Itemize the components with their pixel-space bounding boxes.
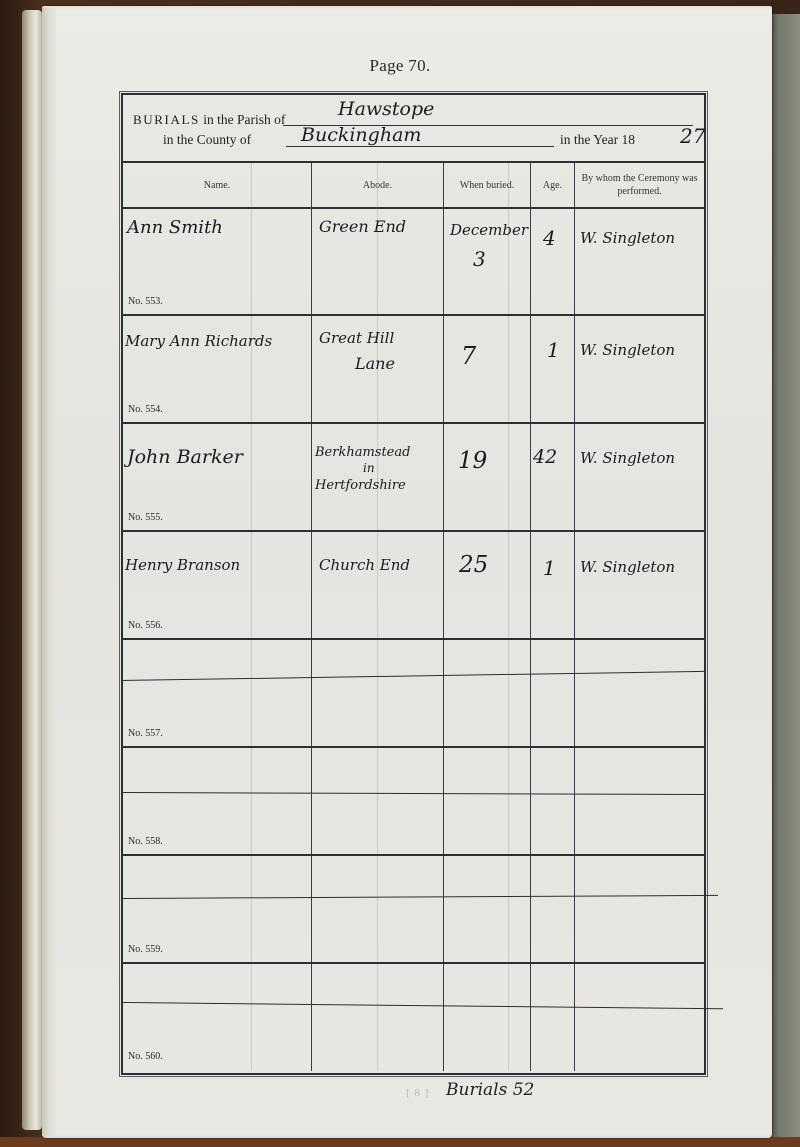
entry-name: Mary Ann Richards xyxy=(125,332,272,350)
register-heading: BURIALS in the Parish of Hawstope in the… xyxy=(123,95,704,163)
entry-abode-line2: in xyxy=(363,461,375,475)
entry-abode: Green End xyxy=(319,217,406,236)
year-prefix: in the Year 18 xyxy=(560,132,635,148)
entry-abode: Great Hill xyxy=(319,329,394,347)
entry-number: No. 553. xyxy=(128,296,163,307)
entry-abode: Church End xyxy=(319,556,410,574)
register-entry-556: Henry Branson Church End 25 1 W. Singlet… xyxy=(123,532,704,640)
entry-number: No. 557. xyxy=(128,728,163,739)
entry-age: 4 xyxy=(543,226,556,250)
column-headers: Name. Abode. When buried. Age. By whom t… xyxy=(123,163,704,209)
entry-age: 1 xyxy=(547,338,560,362)
entry-age: 42 xyxy=(533,446,557,468)
column-header-officiant: By whom the Ceremony was performed. xyxy=(575,163,704,207)
register-entry-558: No. 558. xyxy=(123,748,704,856)
book-cover-edge xyxy=(770,14,800,1147)
parish-value: Hawstope xyxy=(338,98,434,120)
register-entry-557: No. 557. xyxy=(123,640,704,748)
table-surface xyxy=(0,1137,800,1147)
entry-officiant: W. Singleton xyxy=(580,341,675,359)
year-value: 27 xyxy=(680,124,705,148)
register-entry-554: Mary Ann Richards Great Hill Lane 7 1 W.… xyxy=(123,316,704,424)
county-blank-line xyxy=(286,146,554,147)
entry-number: No. 558. xyxy=(128,836,163,847)
parish-line: BURIALS in the Parish of xyxy=(133,112,285,128)
column-header-name: Name. xyxy=(123,163,311,207)
entry-when-buried-day: 19 xyxy=(458,448,487,474)
entry-number: No. 555. xyxy=(128,512,163,523)
strike-through-line xyxy=(123,671,705,681)
entry-officiant: W. Singleton xyxy=(580,229,675,247)
footer-annotation: Burials 52 xyxy=(446,1080,534,1100)
entry-when-buried-day: 25 xyxy=(459,552,488,578)
title-burials: BURIALS xyxy=(133,112,200,127)
entry-number: No. 556. xyxy=(128,620,163,631)
page-number: Page 70. xyxy=(0,56,800,76)
entry-name: Ann Smith xyxy=(127,217,223,238)
entry-when-buried-day: 7 xyxy=(461,342,476,370)
burial-register-table: BURIALS in the Parish of Hawstope in the… xyxy=(121,93,706,1075)
entry-number: No. 560. xyxy=(128,1051,163,1062)
register-entry-555: John Barker Berkhamstead in Hertfordshir… xyxy=(123,424,704,532)
entry-when-buried-day: 3 xyxy=(473,247,486,271)
entry-abode-line3: Hertfordshire xyxy=(315,478,406,493)
entry-abode: Berkhamstead xyxy=(315,445,410,460)
entry-age: 1 xyxy=(543,556,556,580)
entry-number: No. 554. xyxy=(128,404,163,415)
entry-number: No. 559. xyxy=(128,944,163,955)
entry-when-buried-month: December xyxy=(450,221,528,239)
county-value: Buckingham xyxy=(301,124,421,146)
footer-stamp: [ 8 ] xyxy=(406,1087,429,1099)
entry-officiant: W. Singleton xyxy=(580,558,675,576)
register-entry-559: No. 559. xyxy=(123,856,704,964)
entry-name: John Barker xyxy=(127,446,243,468)
register-entry-560: No. 560. xyxy=(123,964,704,1069)
entry-name: Henry Branson xyxy=(125,556,240,574)
strike-through-line xyxy=(123,792,705,795)
county-prefix: in the County of xyxy=(163,132,251,148)
register-entry-553: Ann Smith Green End December 3 4 W. Sing… xyxy=(123,209,704,316)
strike-through-line xyxy=(123,895,718,899)
entry-abode-line2: Lane xyxy=(355,354,395,373)
entry-officiant: W. Singleton xyxy=(580,449,675,467)
column-header-age: Age. xyxy=(531,163,574,207)
column-header-when-buried: When buried. xyxy=(444,163,530,207)
parish-prefix: in the Parish of xyxy=(200,112,286,127)
page-edge xyxy=(42,8,56,1136)
book-back-pages xyxy=(22,10,42,1130)
strike-through-line xyxy=(123,1002,723,1009)
